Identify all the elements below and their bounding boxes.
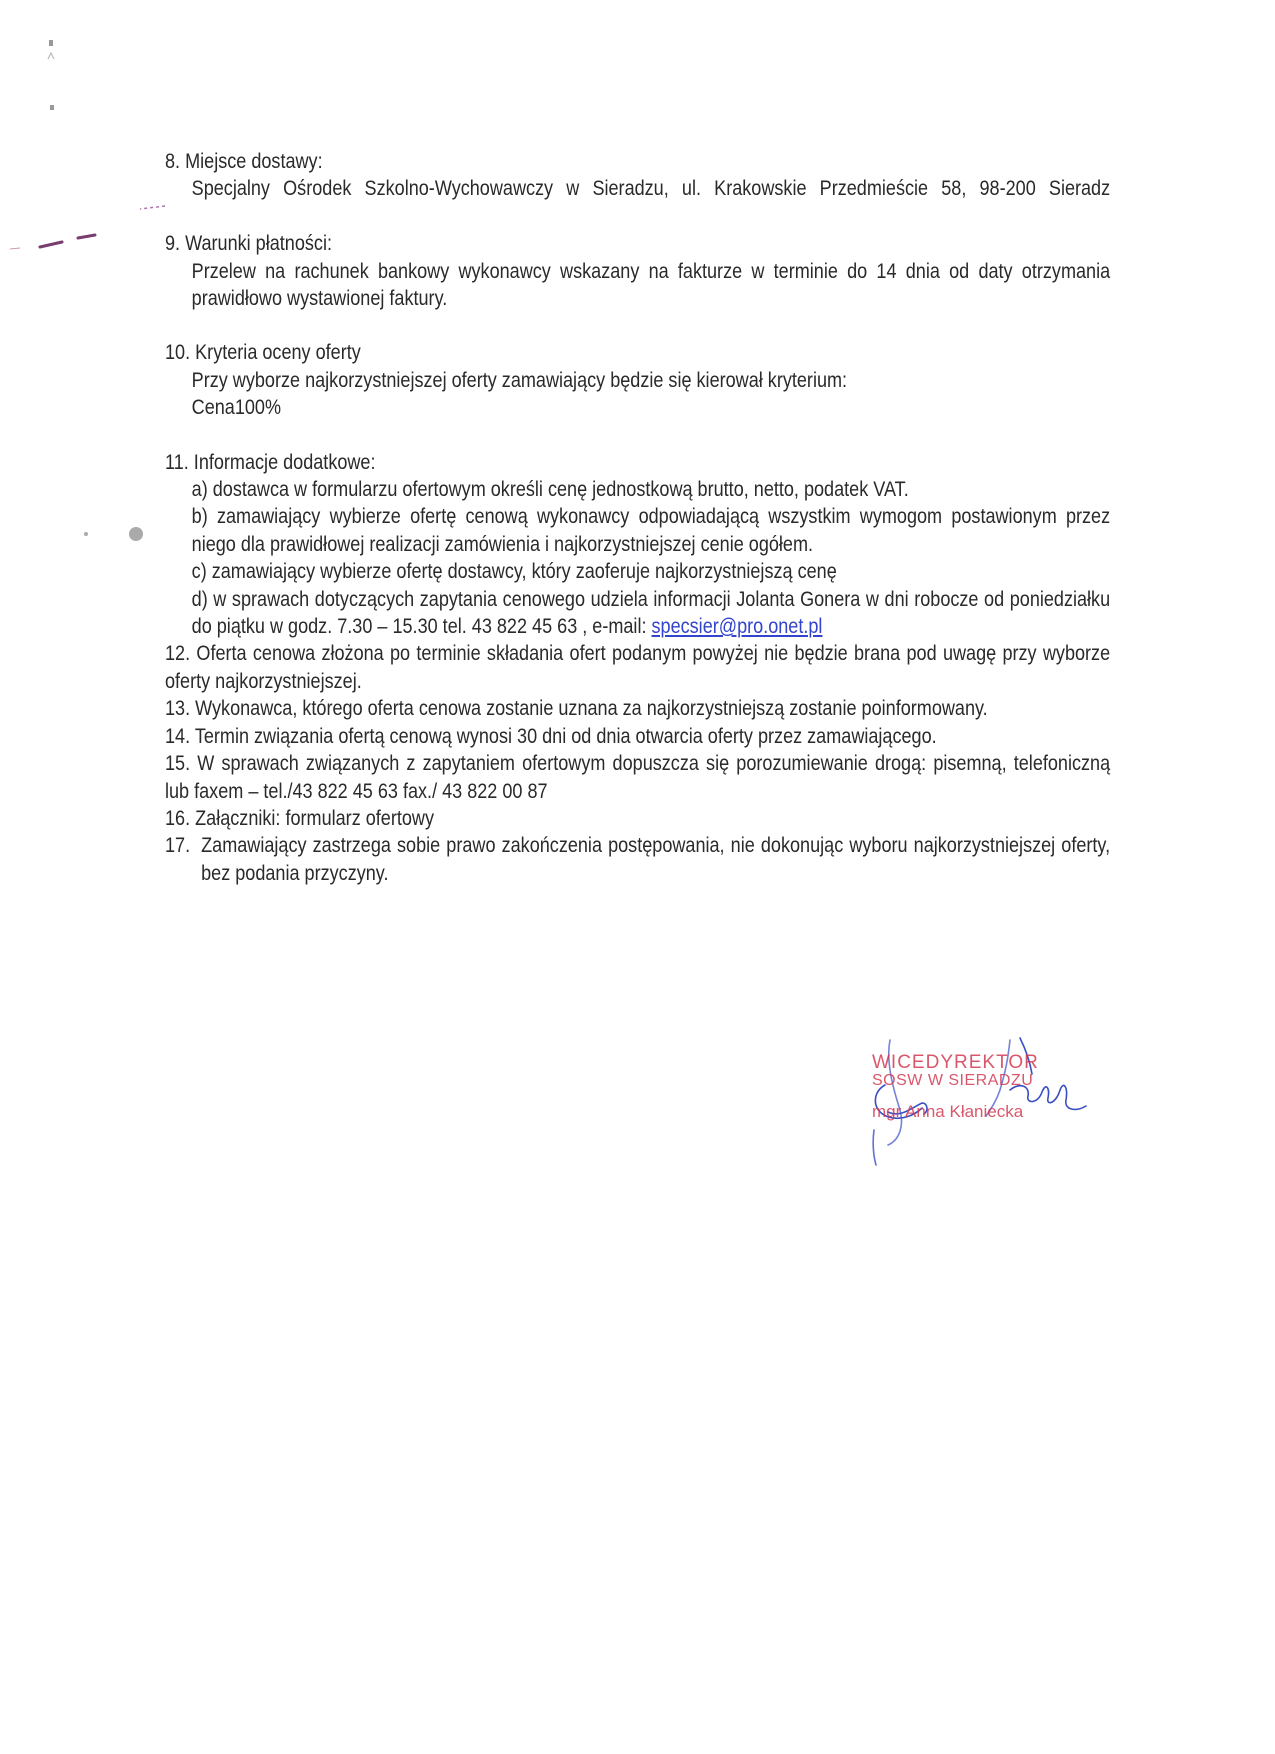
section-heading: Kryteria oceny oferty [195, 341, 361, 364]
point-number: 12. [165, 642, 190, 665]
point-number: 14. [165, 725, 190, 748]
info-item-d: d) w sprawach dotyczących zapytania ceno… [165, 586, 1110, 641]
point-text: Zamawiający zastrzega sobie prawo zakońc… [201, 834, 1110, 884]
point-14: 14. Termin związania ofertą cenową wynos… [165, 723, 1110, 750]
section-heading: Informacje dodatkowe: [194, 451, 376, 474]
contact-email-link[interactable]: specsier@pro.onet.pl [652, 615, 823, 638]
section-8: 8. Miejsce dostawy: Specjalny Ośrodek Sz… [165, 148, 1110, 230]
section-heading: Miejsce dostawy: [185, 150, 323, 173]
section-number: 10. [165, 341, 190, 364]
point-text: Wykonawca, którego oferta cenowa zostani… [195, 697, 988, 720]
section-text: Przy wyborze najkorzystniejszej oferty z… [165, 367, 1110, 394]
info-item-c: c) zamawiający wybierze ofertę dostawcy,… [165, 558, 1110, 585]
stamp-name: mgr Anna Kłaniecka [872, 1102, 1023, 1122]
section-11: 11. Informacje dodatkowe: a) dostawca w … [165, 449, 1110, 641]
section-number: 9. [165, 232, 180, 255]
point-number: 16. [165, 807, 190, 830]
criterion-value: Cena100% [165, 394, 1110, 421]
document-body: 8. Miejsce dostawy: Specjalny Ośrodek Sz… [165, 148, 978, 887]
scan-artifact-marks [40, 35, 70, 115]
point-text: W sprawach związanych z zapytaniem ofert… [165, 752, 1110, 802]
official-stamp: WICEDYREKTOR SOSW W SIERADZU mgr Anna Kł… [872, 1048, 1072, 1168]
section-10: 10. Kryteria oceny oferty Przy wyborze n… [165, 339, 1110, 421]
point-12: 12. Oferta cenowa złożona po terminie sk… [165, 640, 1110, 695]
scanned-document-page: 8. Miejsce dostawy: Specjalny Ośrodek Sz… [0, 0, 1275, 1754]
point-text: Załączniki: formularz ofertowy [195, 807, 434, 830]
point-number: 13. [165, 697, 190, 720]
stamp-institution: SOSW W SIERADZU [872, 1072, 1033, 1090]
section-number: 8. [165, 150, 180, 173]
section-text: Specjalny Ośrodek Szkolno-Wychowawczy w … [165, 175, 1110, 230]
section-text: Przelew na rachunek bankowy wykonawcy ws… [165, 258, 1110, 313]
point-number: 15. [165, 752, 190, 775]
point-17: 17.Zamawiający zastrzega sobie prawo zak… [165, 832, 1110, 887]
point-number: 17. [165, 832, 201, 859]
info-item-b: b) zamawiający wybierze ofertę cenową wy… [165, 503, 1110, 558]
point-13: 13. Wykonawca, którego oferta cenowa zos… [165, 695, 1110, 722]
scan-artifact-streak [0, 195, 170, 255]
scan-artifact-dots [80, 525, 160, 565]
stamp-title: WICEDYREKTOR [872, 1052, 1039, 1074]
point-15: 15. W sprawach związanych z zapytaniem o… [165, 750, 1110, 805]
point-text: Oferta cenowa złożona po terminie składa… [165, 642, 1110, 692]
point-16: 16. Załączniki: formularz ofertowy [165, 805, 1110, 832]
section-number: 11. [165, 451, 189, 474]
section-heading: Warunki płatności: [185, 232, 332, 255]
section-9: 9. Warunki płatności: Przelew na rachune… [165, 230, 1110, 312]
info-item-a: a) dostawca w formularzu ofertowym okreś… [165, 476, 1110, 503]
point-text: Termin związania ofertą cenową wynosi 30… [195, 725, 937, 748]
